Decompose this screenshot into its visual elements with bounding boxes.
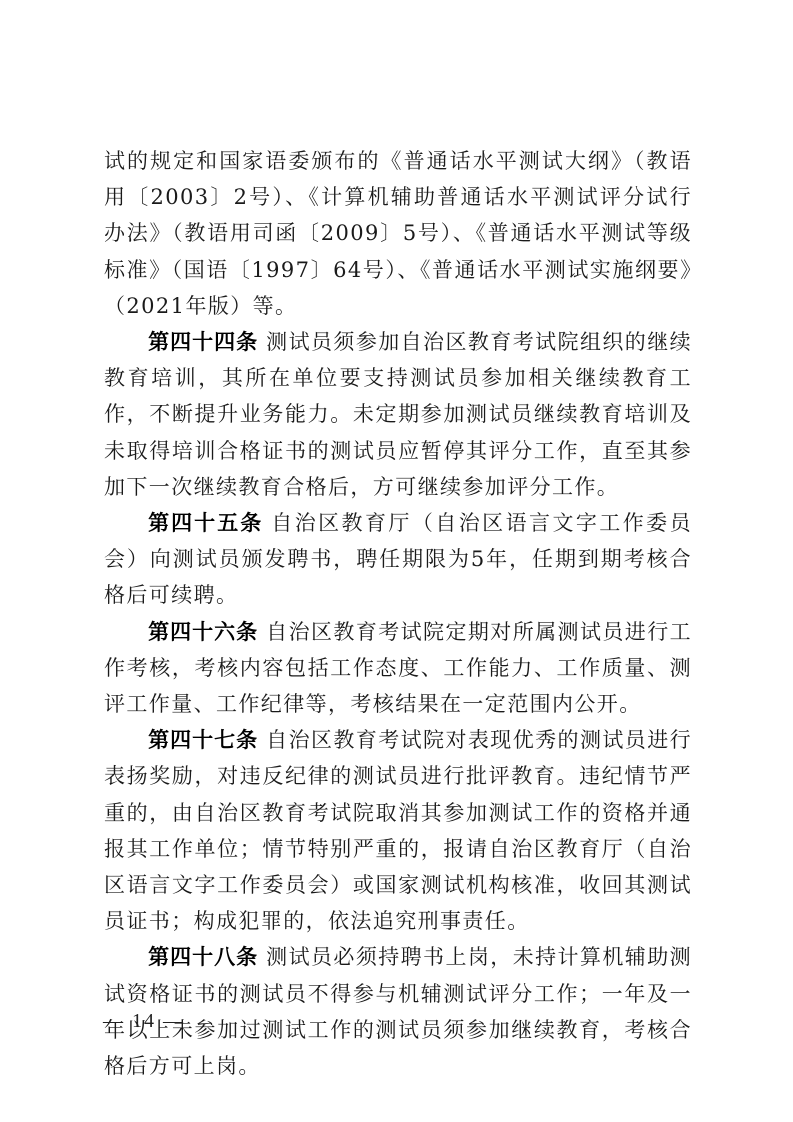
article-heading: 第四十七条 <box>148 727 258 752</box>
paragraph-continuation: 试的规定和国家语委颁布的《普通话水平测试大纲》（教语用〔2003〕2号）、《计算… <box>104 143 692 324</box>
article-heading: 第四十六条 <box>148 619 258 644</box>
page-number: — 14 — <box>103 1010 185 1033</box>
article-45: 第四十五条自治区教育厅（自治区语言文字工作委员会）向测试员颁发聘书，聘任期限为5… <box>104 505 692 614</box>
paragraph-text: 自治区教育考试院对表现优秀的测试员进行表扬奖励，对违反纪律的测试员进行批评教育。… <box>104 728 692 933</box>
paragraph-text: 试的规定和国家语委颁布的《普通话水平测试大纲》（教语用〔2003〕2号）、《计算… <box>104 149 692 318</box>
article-44: 第四十四条测试员须参加自治区教育考试院组织的继续教育培训，其所在单位要支持测试员… <box>104 324 692 505</box>
article-47: 第四十七条自治区教育考试院对表现优秀的测试员进行表扬奖励，对违反纪律的测试员进行… <box>104 722 692 939</box>
article-heading: 第四十八条 <box>148 944 258 969</box>
article-heading: 第四十四条 <box>148 329 258 354</box>
article-heading: 第四十五条 <box>148 510 263 535</box>
article-48: 第四十八条测试员必须持聘书上岗，未持计算机辅助测试资格证书的测试员不得参与机辅测… <box>104 939 692 1084</box>
paragraph-text: 测试员须参加自治区教育考试院组织的继续教育培训，其所在单位要支持测试员参加相关继… <box>104 330 692 499</box>
article-46: 第四十六条自治区教育考试院定期对所属测试员进行工作考核，考核内容包括工作态度、工… <box>104 614 692 723</box>
document-body: 试的规定和国家语委颁布的《普通话水平测试大纲》（教语用〔2003〕2号）、《计算… <box>104 143 692 1084</box>
